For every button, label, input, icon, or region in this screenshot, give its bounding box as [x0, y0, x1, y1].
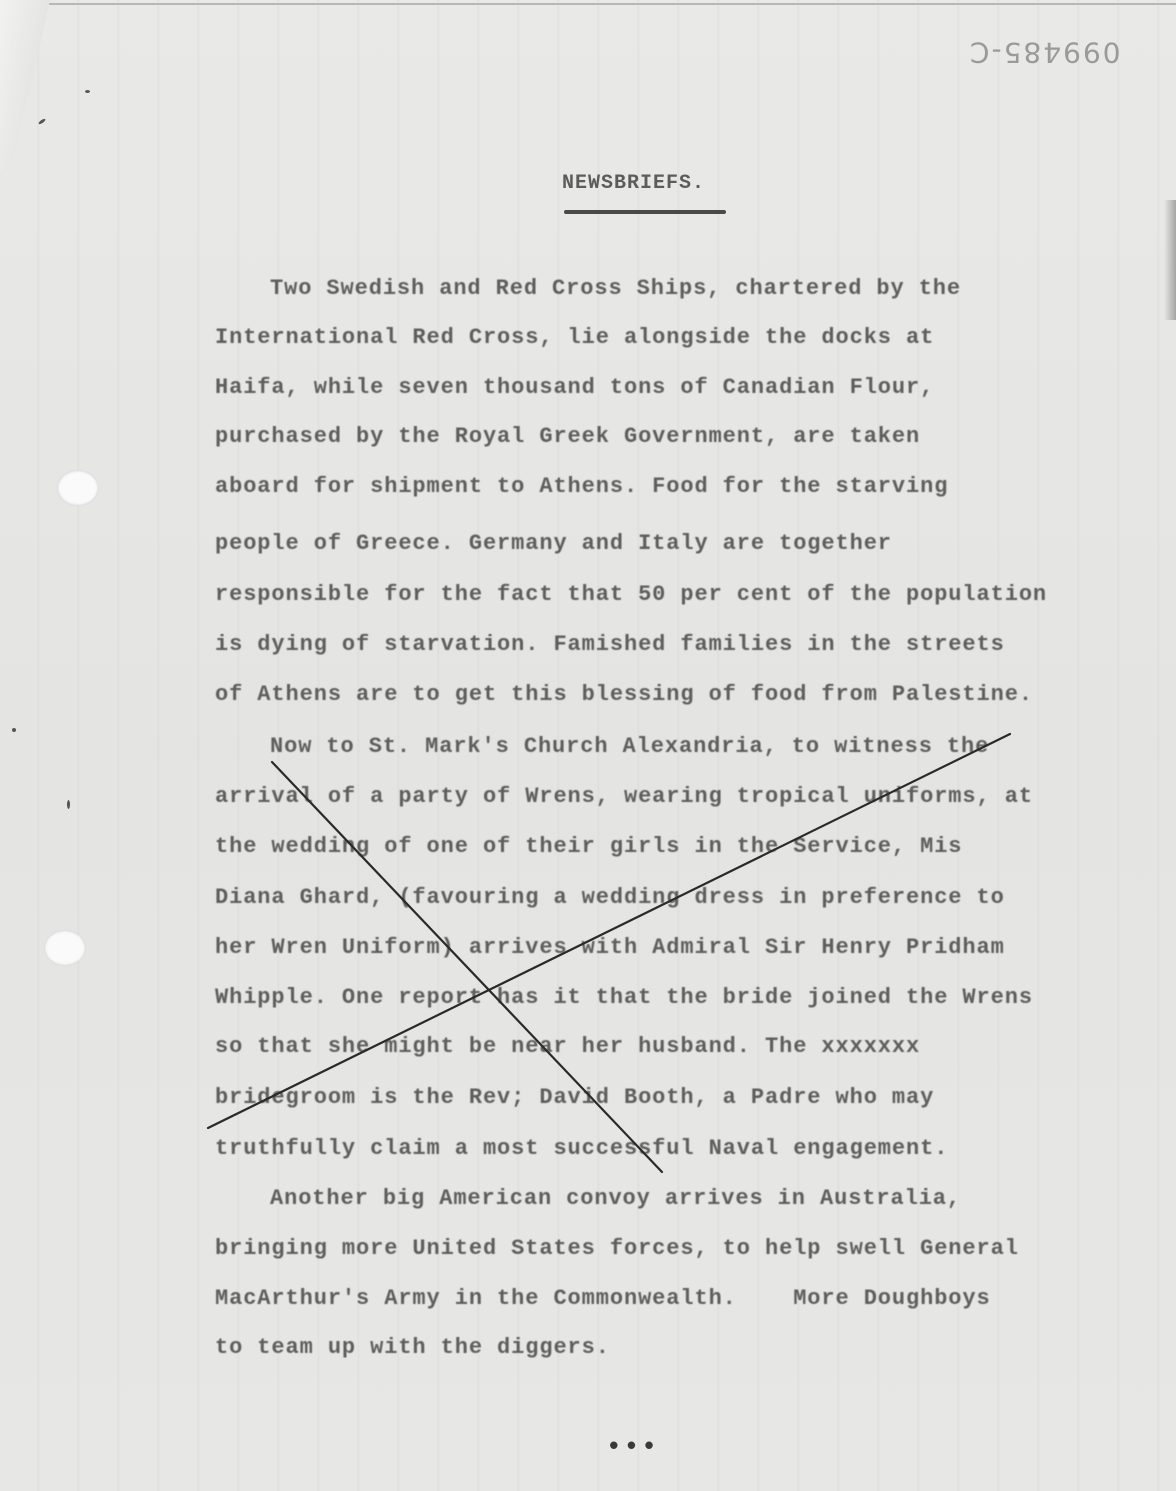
text-line: truthfully claim a most successful Naval… — [215, 1136, 948, 1161]
text-line: aboard for shipment to Athens. Food for … — [215, 474, 948, 499]
text-line: the wedding of one of their girls in the… — [215, 834, 962, 859]
text-line: Whipple. One report has it that the brid… — [215, 985, 1033, 1010]
text-line: people of Greece. Germany and Italy are … — [215, 531, 892, 556]
text-line: Diana Ghard, (favouring a wedding dress … — [215, 885, 1005, 910]
paper-top-edge — [32, 3, 1176, 5]
text-line: International Red Cross, lie alongside t… — [215, 325, 934, 350]
reference-number: 099485-C — [968, 36, 1121, 69]
text-line: bringing more United States forces, to h… — [215, 1236, 1019, 1261]
punch-hole-icon — [57, 470, 99, 506]
ink-speck — [85, 90, 90, 93]
text-line: responsible for the fact that 50 per cen… — [215, 582, 1047, 607]
text-line: Two Swedish and Red Cross Ships, charter… — [270, 276, 961, 301]
text-line: her Wren Uniform) arrives with Admiral S… — [215, 935, 1005, 960]
end-mark: ••• — [606, 1432, 659, 1462]
text-line: Another big American convoy arrives in A… — [270, 1186, 961, 1211]
page-title: NEWSBRIEFS. — [562, 172, 705, 195]
text-line: of Athens are to get this blessing of fo… — [215, 682, 1033, 707]
document-page: 099485-C NEWSBRIEFS. Two Swedish and Red… — [0, 0, 1176, 1491]
ink-speck — [38, 118, 46, 125]
punch-hole-icon — [44, 930, 86, 966]
text-line: Haifa, while seven thousand tons of Cana… — [215, 375, 934, 400]
title-underline — [564, 210, 726, 214]
text-line: purchased by the Royal Greek Government,… — [215, 424, 920, 449]
text-line: arrival of a party of Wrens, wearing tro… — [215, 784, 1033, 809]
text-line: is dying of starvation. Famished familie… — [215, 632, 1005, 657]
text-line: to team up with the diggers. — [215, 1335, 610, 1360]
text-line: bridegroom is the Rev; David Booth, a Pa… — [215, 1085, 934, 1110]
ink-speck — [12, 728, 16, 732]
text-line: MacArthur's Army in the Commonwealth. Mo… — [215, 1286, 991, 1311]
text-line: Now to St. Mark's Church Alexandria, to … — [270, 734, 989, 759]
edge-shadow — [1164, 200, 1176, 320]
folded-corner — [0, 0, 50, 170]
text-line: so that she might be near her husband. T… — [215, 1034, 920, 1059]
ink-speck — [67, 800, 70, 809]
